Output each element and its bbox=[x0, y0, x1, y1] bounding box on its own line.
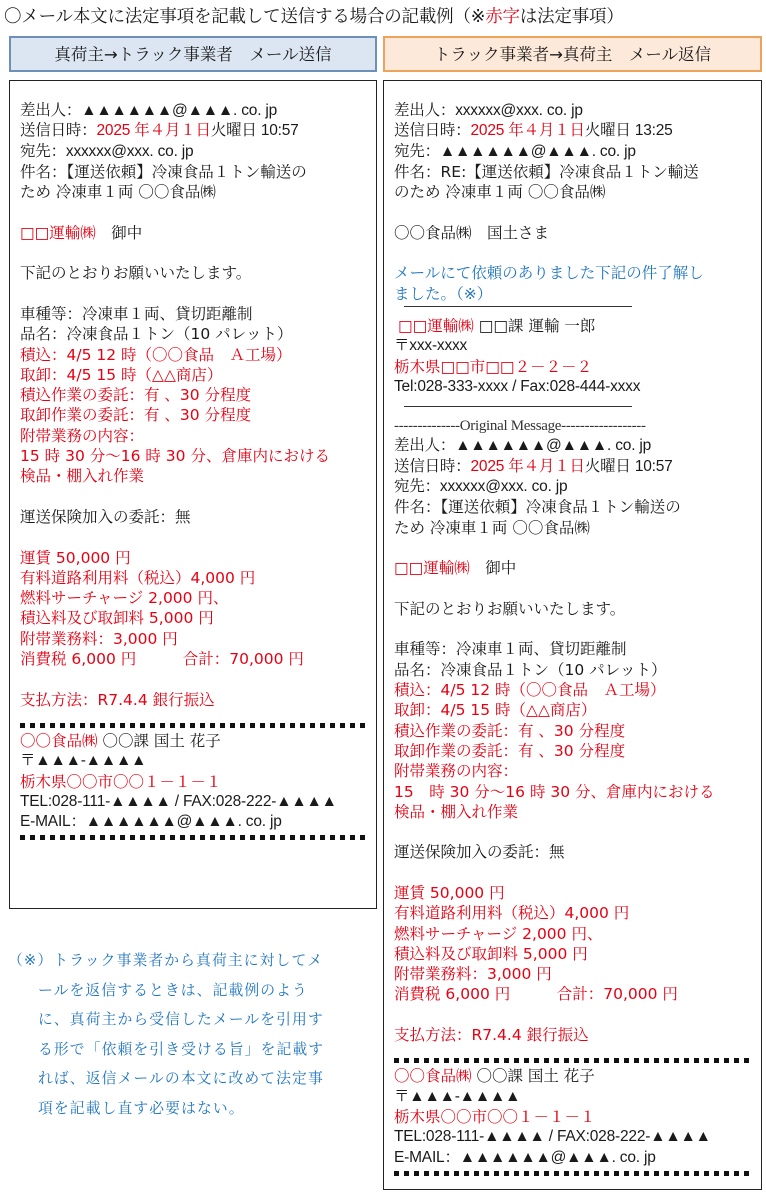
quoted-detail-unloading: 取卸：4/5 15 時（△△商店） bbox=[394, 700, 761, 720]
quoted-detail-ancillary-work: 検品・棚入れ作業 bbox=[394, 802, 761, 822]
charge-toll: 有料道路利用料（税込）4,000 円 bbox=[20, 568, 376, 588]
detail-unloading: 取卸：4/5 15 時（△△商店） bbox=[20, 365, 376, 385]
reply-mail-body: 差出人：xxxxxx@xxx. co. jp 送信日時：2025 年４月１日火曜… bbox=[383, 80, 762, 1190]
mail-date: 送信日時：2025 年４月１日火曜日 10:57 bbox=[20, 121, 376, 141]
quoted-charge-fare: 運賃 50,000 円 bbox=[394, 883, 761, 903]
signature-tel-fax: TEL:028-111-▲▲▲▲ / FAX:028-222-▲▲▲▲ bbox=[20, 792, 376, 812]
quoted-charge-tax-total: 消費税 6,000 円 合計：70,000 円 bbox=[394, 984, 761, 1004]
quoted-signature-postal: 〒▲▲▲-▲▲▲▲ bbox=[394, 1087, 761, 1107]
date-value-red: 2025 年４月１日 bbox=[471, 458, 585, 475]
quoted-signature-divider-top bbox=[394, 1058, 751, 1063]
detail-loading: 積込：4/5 12 時（〇〇食品 Ａ工場） bbox=[20, 345, 376, 365]
date-label: 送信日時： bbox=[20, 122, 97, 139]
quoted-date: 送信日時：2025 年４月１日火曜日 10:57 bbox=[394, 457, 761, 477]
quoted-from: 差出人：▲▲▲▲▲▲@▲▲▲. co. jp bbox=[394, 436, 761, 456]
date-weekday-time: 火曜日 10:57 bbox=[211, 122, 299, 139]
reply-acceptance-line-1: メールにて依頼のありました下記の件了解し bbox=[394, 263, 761, 283]
page-title: 〇メール本文に法定事項を記載して送信する場合の記載例（※赤字は法定事項） bbox=[4, 4, 764, 30]
date-value-red: 2025 年４月１日 bbox=[97, 122, 211, 139]
mail-from: 差出人：▲▲▲▲▲▲@▲▲▲. co. jp bbox=[20, 101, 376, 121]
mail-greeting: 下記のとおりお願いいたします。 bbox=[20, 263, 376, 283]
note-line: ールを返信するときは、記載例のよう bbox=[8, 976, 368, 1006]
quoted-detail-ancillary-label: 附帯業務の内容： bbox=[394, 761, 761, 781]
detail-insurance: 運送保険加入の委託：無 bbox=[20, 507, 376, 527]
mail-subject-line-2: ため 冷凍車１両 〇〇食品㈱ bbox=[20, 182, 376, 202]
quoted-charge-handling: 積込料及び取卸料 5,000 円 bbox=[394, 944, 761, 964]
date-weekday-time: 火曜日 10:57 bbox=[585, 458, 673, 475]
signature-rule-bottom bbox=[404, 406, 632, 407]
signature-postal: 〒xxx-xxxx bbox=[394, 336, 761, 356]
note-line: 項を記載し直す必要はない。 bbox=[8, 1094, 368, 1124]
mail-addressee: □□運輸㈱ 御中 bbox=[20, 223, 376, 243]
mail-from: 差出人：xxxxxx@xxx. co. jp bbox=[394, 101, 761, 121]
note-line: （※）トラック事業者から真荷主に対してメ bbox=[8, 946, 368, 976]
quoted-detail-loading-work: 積込作業の委託：有 、30 分程度 bbox=[394, 721, 761, 741]
reply-acceptance-line-2: ました。（※） bbox=[394, 284, 761, 304]
quoted-signature-tel-fax: TEL:028-111-▲▲▲▲ / FAX:028-222-▲▲▲▲ bbox=[394, 1127, 761, 1147]
signature-address: 栃木県〇〇市〇〇１－１－１ bbox=[20, 772, 376, 792]
quoted-greeting: 下記のとおりお願いいたします。 bbox=[394, 599, 761, 619]
detail-unloading-work: 取卸作業の委託：有 、30 分程度 bbox=[20, 405, 376, 425]
note-line: る形で「依頼を引き受ける旨」を記載す bbox=[8, 1035, 368, 1065]
detail-item: 品名：冷凍食品１トン（10 パレット） bbox=[20, 324, 376, 344]
quoted-payment-method: 支払方法：R7.4.4 銀行振込 bbox=[394, 1025, 761, 1045]
detail-ancillary-time: 15 時 30 分～16 時 30 分、倉庫内における bbox=[20, 446, 376, 466]
title-suffix: は法定事項） bbox=[520, 7, 624, 27]
quoted-insurance: 運送保険加入の委託：無 bbox=[394, 842, 761, 862]
mail-subject-line-2: のため 冷凍車１両 〇〇食品㈱ bbox=[394, 182, 761, 202]
title-red-word: 赤字 bbox=[485, 7, 520, 27]
signature-rule-top bbox=[404, 306, 632, 307]
quoted-signature-divider-bottom bbox=[394, 1171, 751, 1176]
signature-email: E-MAIL：▲▲▲▲▲▲@▲▲▲. co. jp bbox=[20, 812, 376, 832]
addressee-company: □□運輸㈱ bbox=[394, 559, 470, 577]
detail-vehicle: 車種等：冷凍車１両、貸切距離制 bbox=[20, 304, 376, 324]
mail-subject-line-1: 件名：【運送依頼】冷凍食品１トン輸送の bbox=[20, 162, 376, 182]
payment-method: 支払方法：R7.4.4 銀行振込 bbox=[20, 690, 376, 710]
quoted-detail-loading: 積込：4/5 12 時（〇〇食品 Ａ工場） bbox=[394, 680, 761, 700]
quoted-charge-fuel: 燃料サーチャージ 2,000 円、 bbox=[394, 924, 761, 944]
signature-company: 〇〇食品㈱ bbox=[20, 732, 98, 750]
quoted-signature-name: 〇〇食品㈱ 〇〇課 国土 花子 bbox=[394, 1066, 761, 1086]
quoted-addressee: □□運輸㈱ 御中 bbox=[394, 558, 761, 578]
signature-name: □□運輸㈱ □□課 運輸 一郎 bbox=[394, 316, 761, 336]
reply-column-header: トラック事業者→真荷主 メール返信 bbox=[383, 36, 762, 72]
charge-fare: 運賃 50,000 円 bbox=[20, 548, 376, 568]
note-line: に、真荷主から受信したメールを引用す bbox=[8, 1005, 368, 1035]
detail-ancillary-label: 附帯業務の内容： bbox=[20, 426, 376, 446]
quoted-detail-unloading-work: 取卸作業の委託：有 、30 分程度 bbox=[394, 741, 761, 761]
date-value-red: 2025 年４月１日 bbox=[471, 122, 585, 139]
detail-ancillary-work: 検品・棚入れ作業 bbox=[20, 466, 376, 486]
signature-address: 栃木県□□市□□２－２－２ bbox=[394, 357, 761, 377]
signature-divider-top bbox=[20, 723, 366, 728]
detail-loading-work: 積込作業の委託：有 、30 分程度 bbox=[20, 385, 376, 405]
quoted-signature-address: 栃木県〇〇市〇〇１－１－１ bbox=[394, 1107, 761, 1127]
quoted-signature-email: E-MAIL：▲▲▲▲▲▲@▲▲▲. co. jp bbox=[394, 1148, 761, 1168]
signature-name: 〇〇食品㈱ 〇〇課 国土 花子 bbox=[20, 731, 376, 751]
signature-person: 〇〇課 国土 花子 bbox=[472, 1067, 595, 1085]
charge-handling: 積込料及び取卸料 5,000 円 bbox=[20, 608, 376, 628]
mail-date: 送信日時：2025 年４月１日火曜日 13:25 bbox=[394, 121, 761, 141]
addressee-honorific: 御中 bbox=[96, 224, 143, 242]
date-label: 送信日時： bbox=[394, 122, 471, 139]
quoted-detail-vehicle: 車種等：冷凍車１両、貸切距離制 bbox=[394, 639, 761, 659]
signature-tel-fax: Tel:028-333-xxxx / Fax:028-444-xxxx bbox=[394, 377, 761, 397]
charge-ancillary: 附帯業務料：3,000 円 bbox=[20, 629, 376, 649]
quoted-charge-toll: 有料道路利用料（税込）4,000 円 bbox=[394, 903, 761, 923]
mail-subject-line-1: 件名：RE:【運送依頼】冷凍食品１トン輸送 bbox=[394, 162, 761, 182]
quoted-detail-ancillary-time: 15 時 30 分～16 時 30 分、倉庫内における bbox=[394, 782, 761, 802]
note-line: れば、返信メールの本文に改めて法定事 bbox=[8, 1064, 368, 1094]
signature-person: 〇〇課 国土 花子 bbox=[98, 732, 221, 750]
signature-divider-bottom bbox=[20, 835, 366, 840]
mail-to: 宛先：xxxxxx@xxx. co. jp bbox=[20, 142, 376, 162]
signature-company: 〇〇食品㈱ bbox=[394, 1067, 472, 1085]
signature-person: □□課 運輸 一郎 bbox=[474, 317, 596, 335]
charge-fuel: 燃料サーチャージ 2,000 円、 bbox=[20, 588, 376, 608]
title-prefix: 〇メール本文に法定事項を記載して送信する場合の記載例（※ bbox=[4, 7, 485, 27]
signature-postal: 〒▲▲▲-▲▲▲▲ bbox=[20, 751, 376, 771]
original-message-marker: --------------Original Message----------… bbox=[394, 416, 761, 436]
quoted-to: 宛先：xxxxxx@xxx. co. jp bbox=[394, 477, 761, 497]
quoted-charge-ancillary: 附帯業務料：3,000 円 bbox=[394, 964, 761, 984]
charge-tax-total: 消費税 6,000 円 合計：70,000 円 bbox=[20, 649, 376, 669]
date-label: 送信日時： bbox=[394, 458, 471, 475]
send-mail-body: 差出人：▲▲▲▲▲▲@▲▲▲. co. jp 送信日時：2025 年４月１日火曜… bbox=[9, 80, 377, 909]
addressee-company: □□運輸㈱ bbox=[20, 224, 96, 242]
quoted-subject-line-1: 件名：【運送依頼】冷凍食品１トン輸送の bbox=[394, 497, 761, 517]
signature-company: □□運輸㈱ bbox=[398, 317, 474, 335]
reply-note: （※）トラック事業者から真荷主に対してメ ールを返信するときは、記載例のよう に… bbox=[8, 946, 368, 1123]
date-weekday-time: 火曜日 13:25 bbox=[585, 122, 673, 139]
addressee-honorific: 御中 bbox=[470, 559, 517, 577]
mail-to: 宛先：▲▲▲▲▲▲@▲▲▲. co. jp bbox=[394, 142, 761, 162]
quoted-subject-line-2: ため 冷凍車１両 〇〇食品㈱ bbox=[394, 518, 761, 538]
send-column-header: 真荷主→トラック事業者 メール送信 bbox=[9, 36, 377, 72]
mail-addressee: 〇〇食品㈱ 国土さま bbox=[394, 223, 761, 243]
quoted-detail-item: 品名：冷凍食品１トン（10 パレット） bbox=[394, 660, 761, 680]
